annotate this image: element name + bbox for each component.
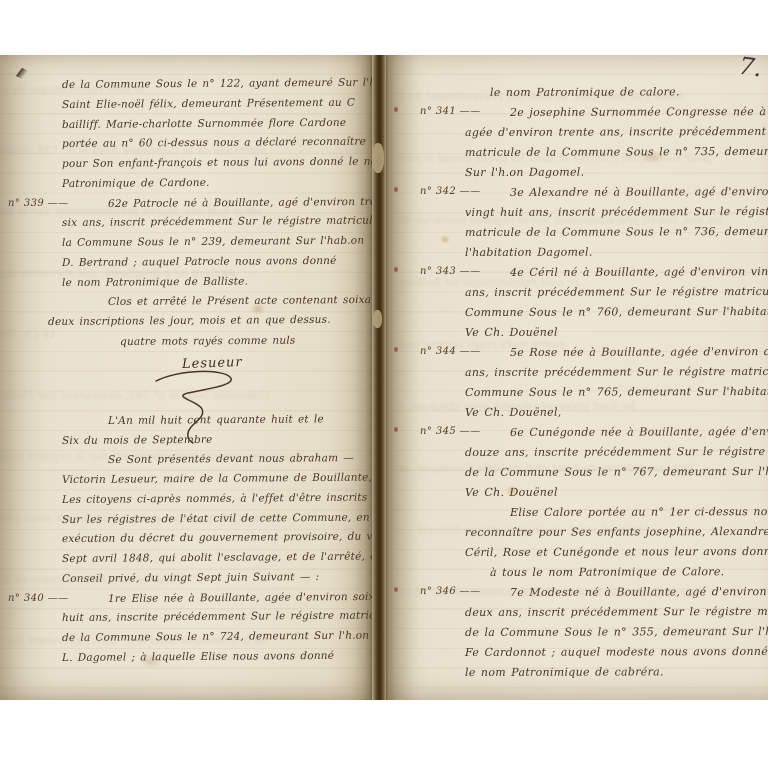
manuscript-line: quatre mots rayés comme nuls <box>120 335 296 347</box>
manuscript-line: Six du mois de Septembre <box>62 434 213 446</box>
ink-bleed-through: six ans, inscrit précédemment Sur le rég… <box>396 215 723 226</box>
binding-paper-scrap <box>372 143 384 173</box>
manuscript-line: le nom Patronimique de cabréra. <box>465 666 664 678</box>
manuscript-line: agée d'environ trente ans, inscrite préc… <box>465 126 768 138</box>
ink-bleed-through: de la Commune Sous le n° 724, demeurant … <box>396 587 693 598</box>
margin-entry-number: n° 341 —— <box>420 107 481 117</box>
margin-entry-number: n° 342 —— <box>420 187 481 197</box>
ink-bleed-through: Ve Ch. Douënel <box>0 329 56 340</box>
ink-bleed-through: le nom Patronimique de calore. <box>0 84 145 95</box>
manuscript-line: 3e Alexandre né à Bouillante, agé d'envi… <box>510 186 768 198</box>
ink-bleed-through: douze ans, inscrite précédemment Sur le … <box>0 451 304 462</box>
margin-entry-number: n° 345 —— <box>420 427 481 437</box>
manuscript-line: bailliff. Marie-charlotte Surnommée flor… <box>62 117 346 130</box>
ink-bleed-through: quatre mots rayés comme nuls <box>396 339 568 350</box>
manuscript-line: exécution du décret du gouvernement prov… <box>62 532 372 545</box>
manuscript-line: L'An mil huit cent quarante huit et le <box>108 414 324 426</box>
stain <box>440 235 450 244</box>
manuscript-line: Victorin Lesueur, maire de la Commune de… <box>62 473 372 486</box>
manuscript-line: Sept avril 1848, qui abolit l'esclavage,… <box>62 551 372 564</box>
page-number: 7. <box>738 55 764 80</box>
check-mark-speck <box>394 187 398 192</box>
manuscript-line: L. Dagomel ; à laquelle Elise nous avons… <box>62 651 334 664</box>
margin-entry-number: n° 340 —— <box>8 594 69 604</box>
manuscript-line: à tous le nom Patronimique de Calore. <box>490 566 725 578</box>
manuscript-line: 6e Cunégonde née à Bouillante, agée d'en… <box>510 426 768 438</box>
ink-bleed-through: vingt huit ans, inscrit précédemment Sur… <box>0 206 261 217</box>
ink-fleck <box>11 64 35 83</box>
right-page: 7. le nom Patronimique de calore.2e jose… <box>386 55 768 700</box>
manuscript-line: Saint Elie-noël félix, demeurant Présent… <box>62 97 355 110</box>
ink-bleed-through: Commune Sous le n° 765, demeurant Sur l'… <box>0 390 269 401</box>
manuscript-line: la Commune Sous le n° 239, demeurant Sur… <box>62 236 364 249</box>
manuscript-line: Elise Calore portée au n° 1er ci-dessus … <box>510 506 768 518</box>
manuscript-line: deux ans, inscrit précédemment Sur le ré… <box>465 606 768 618</box>
manuscript-line: Sur l'h.on Dagomel. <box>465 167 584 178</box>
manuscript-line: 1re Elise née à Bouillante, agée d'envir… <box>108 591 372 604</box>
ink-bleed-through: Saint Elie-noël félix, demeurant Présent… <box>396 91 683 102</box>
manuscript-line: l'habitation Dagomel. <box>465 247 593 258</box>
manuscript-line: Les citoyens ci-après nommés, à l'effet … <box>62 492 367 505</box>
manuscript-line: ans, inscrite précédemment Sur le régist… <box>465 366 768 378</box>
manuscript-line: 2e josephine Surnommée Congresse née à B… <box>510 106 768 118</box>
signature: Lesueur <box>182 355 243 370</box>
manuscript-line: Clos et arrêté le Présent acte contenant… <box>108 295 372 308</box>
ink-bleed-through: 4e Céril né à Bouillante, agé d'environ … <box>0 268 235 279</box>
manuscript-line: Patronimique de Cardone. <box>62 178 210 190</box>
manuscript-line: deux inscriptions les jour, mois et an q… <box>48 315 331 328</box>
check-mark-speck <box>394 427 398 432</box>
manuscript-line: huit ans, inscrite précédemment Sur le r… <box>62 611 372 624</box>
manuscript-line: de la Commune Sous le n° 355, demeurant … <box>465 626 768 638</box>
ink-bleed-through: à tous le nom Patronimique de Calore. <box>0 574 184 585</box>
manuscript-line: Ve Ch. Douënel <box>465 327 558 338</box>
ink-bleed-through: matricule de la Commune Sous le n° 735, … <box>0 145 267 156</box>
manuscript-line: Céril, Rose et Cunégonde et nous leur av… <box>465 546 768 558</box>
ink-bleed-through: le nom Patronimique de Balliste. <box>396 277 578 288</box>
ink-bleed-through: de la Commune Sous le n° 355, demeurant … <box>0 635 267 646</box>
ink-bleed-through: Sur les régistres de l'état civil de cet… <box>396 463 693 474</box>
ink-bleed-through: pour Son enfant-françois et nous lui avo… <box>396 153 711 164</box>
ink-bleed-through: Conseil privé, du vingt Sept juin Suivan… <box>396 525 643 536</box>
ink-bleed-through: Elise Calore portée au n° 1er ci-dessus … <box>0 513 272 524</box>
manuscript-line: pour Son enfant-françois et nous lui avo… <box>62 156 372 169</box>
check-mark-speck <box>394 267 398 272</box>
manuscript-photo: de la Commune Sous le n° 122, ayant deme… <box>0 55 768 700</box>
manuscript-line: Ve Ch. Douënel <box>465 487 558 498</box>
manuscript-line: matricule de la Commune Sous le n° 736, … <box>465 226 768 238</box>
ink-bleed-through: Se Sont présentés devant nous abraham — <box>396 401 636 412</box>
check-mark-speck <box>394 107 398 112</box>
manuscript-line: douze ans, inscrite précédemment Sur le … <box>465 446 768 458</box>
manuscript-line: Fe Cardonnot ; auquel modeste nous avons… <box>465 646 768 658</box>
left-page: de la Commune Sous le n° 122, ayant deme… <box>0 55 372 700</box>
manuscript-line: Commune Sous le n° 765, demeurant Sur l'… <box>465 386 768 398</box>
manuscript-line: Commune Sous le n° 760, demeurant Sur l'… <box>465 306 768 318</box>
binding-paper-scrap <box>373 310 382 328</box>
